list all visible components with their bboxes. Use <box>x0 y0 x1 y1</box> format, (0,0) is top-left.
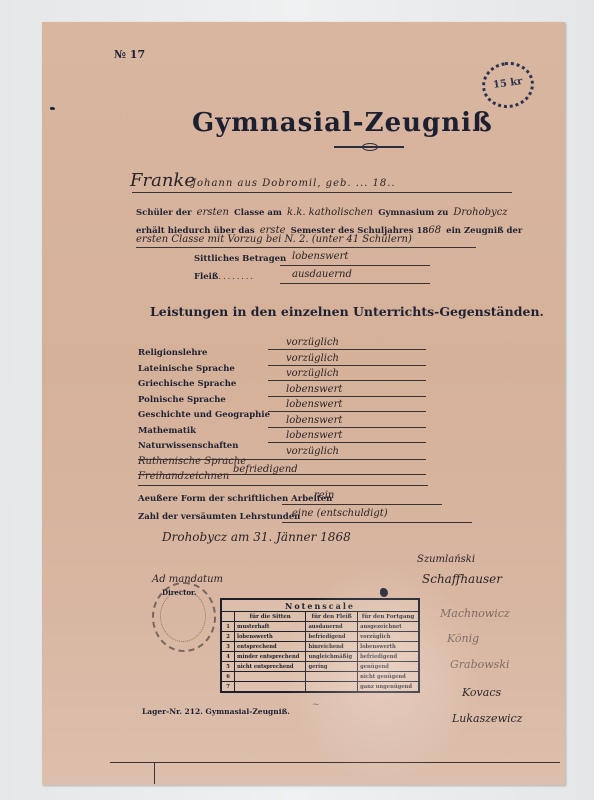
school-type-value: k.k. katholischen <box>287 207 373 218</box>
rule <box>136 247 476 248</box>
rule <box>268 427 426 428</box>
rule <box>268 396 426 397</box>
column-header: für den Fortgang <box>358 612 419 622</box>
conduct-label: Sittliches Betragen <box>194 254 286 264</box>
ink-blot <box>380 588 388 597</box>
form-label: Aeußere Form der schriftlichen Arbeiten <box>138 494 332 504</box>
subject-grade: lobenswert <box>286 384 342 395</box>
table-row: 7 ganz ungenügend <box>221 682 419 693</box>
subject-row: Ruthenische Sprache vorzüglich <box>138 449 438 465</box>
rule <box>282 522 472 523</box>
rule <box>268 365 426 366</box>
rule <box>268 349 426 350</box>
diligence-value: ausdauernd <box>292 269 352 280</box>
subject-label: Freihandzeichnen <box>138 471 229 482</box>
subject-row: Freihandzeichnen befriedigend <box>138 464 438 480</box>
subject-grade: vorzüglich <box>286 368 339 379</box>
teacher-signature: Lukaszewicz <box>452 712 522 725</box>
subjects-heading: Leistungen in den einzelnen Unterrichts-… <box>150 304 544 319</box>
revenue-stamp: 15 kr <box>479 59 537 112</box>
document-title: Gymnasial-Zeugniß <box>192 108 493 138</box>
absence-label: Zahl der versäumten Lehrstunden <box>138 512 300 522</box>
table-row: 5 nicht entsprechend gering genügend <box>221 662 419 672</box>
table-row: 6 nicht genügend <box>221 672 419 682</box>
subject-grade: vorzüglich <box>286 353 339 364</box>
subjects-list: Religionslehre vorzüglich Lateinische Sp… <box>138 340 438 480</box>
subject-grade: lobenswert <box>286 399 342 410</box>
absence-value: eine (entschuldigt) <box>292 508 388 519</box>
class-teacher-signature: Szumlański <box>417 554 475 565</box>
grading-scale-table: Notenscale für die Sitten für den Fleiß … <box>220 598 420 693</box>
teacher-signature: Kovacs <box>462 686 501 699</box>
subject-grade: vorzüglich <box>286 446 339 457</box>
form-value: rein <box>314 490 334 501</box>
table-row: 3 entsprechend hinreichend lobenswerth <box>221 642 419 652</box>
ink-blot <box>50 107 55 110</box>
scribble: ~ <box>312 700 320 710</box>
footer-imprint: Lager-Nr. 212. Gymnasial-Zeugniß. <box>142 707 290 716</box>
rule <box>282 504 442 505</box>
table-header-row: für die Sitten für den Fleiß für den For… <box>221 612 419 622</box>
rule <box>268 380 426 381</box>
rule <box>268 442 426 443</box>
section-rule <box>138 485 428 486</box>
bottom-tick <box>154 762 155 784</box>
teacher-signature: Machnowicz <box>440 607 510 620</box>
label-gymnasium: Gymnasium zu <box>378 208 448 218</box>
table-row: 1 musterhaft ausdauernd ausgezeichnet <box>221 622 419 632</box>
label-classe: Classe am <box>234 208 282 218</box>
rule <box>280 265 430 266</box>
subject-grade: vorzüglich <box>286 337 339 348</box>
year-value: 68 <box>428 225 441 236</box>
rule <box>138 474 426 475</box>
subject-grade: lobenswert <box>286 430 342 441</box>
conduct-value: lobenswert <box>292 251 348 262</box>
table-row: 2 lobenswerth befriedigend vorzüglich <box>221 632 419 642</box>
rule <box>138 459 426 460</box>
date-line: Drohobycz am 31. Jänner 1868 <box>162 530 351 544</box>
rule <box>132 192 512 193</box>
grading-scale-caption: Notenscale <box>221 599 419 612</box>
subject-grade: lobenswert <box>286 415 342 426</box>
column-header: für die Sitten <box>235 612 306 622</box>
student-name: Franke <box>130 170 195 191</box>
school-seal <box>152 582 216 652</box>
document-number: № 17 <box>114 48 145 61</box>
place-value: Drohobycz <box>453 207 507 218</box>
student-details: Johann aus Dobromil, geb. ... 18.. <box>192 178 396 189</box>
teacher-signature: König <box>447 632 479 645</box>
column-header: für den Fleiß <box>306 612 358 622</box>
rule <box>268 411 426 412</box>
certificate-paper: № 17 15 kr Gymnasial-Zeugniß Franke Joha… <box>42 22 565 785</box>
title-flourish <box>334 146 404 152</box>
table-row: 4 minder entsprechend ungleichmäßig befr… <box>221 652 419 662</box>
label-schueler: Schüler der <box>136 208 192 218</box>
rule <box>280 283 430 284</box>
bottom-rule <box>110 762 560 763</box>
leader-dots: ......... <box>214 272 255 281</box>
teacher-signature: Grabowski <box>450 658 510 671</box>
label-zeugnis: ein Zeugniß der <box>446 226 522 236</box>
class-rank-value: ersten Classe mit Vorzug bei N. 2. (unte… <box>136 234 412 245</box>
class-value: ersten <box>197 207 229 218</box>
signature: Schaffhauser <box>422 572 502 586</box>
class-line: Schüler der ersten Classe am k.k. kathol… <box>136 200 556 219</box>
